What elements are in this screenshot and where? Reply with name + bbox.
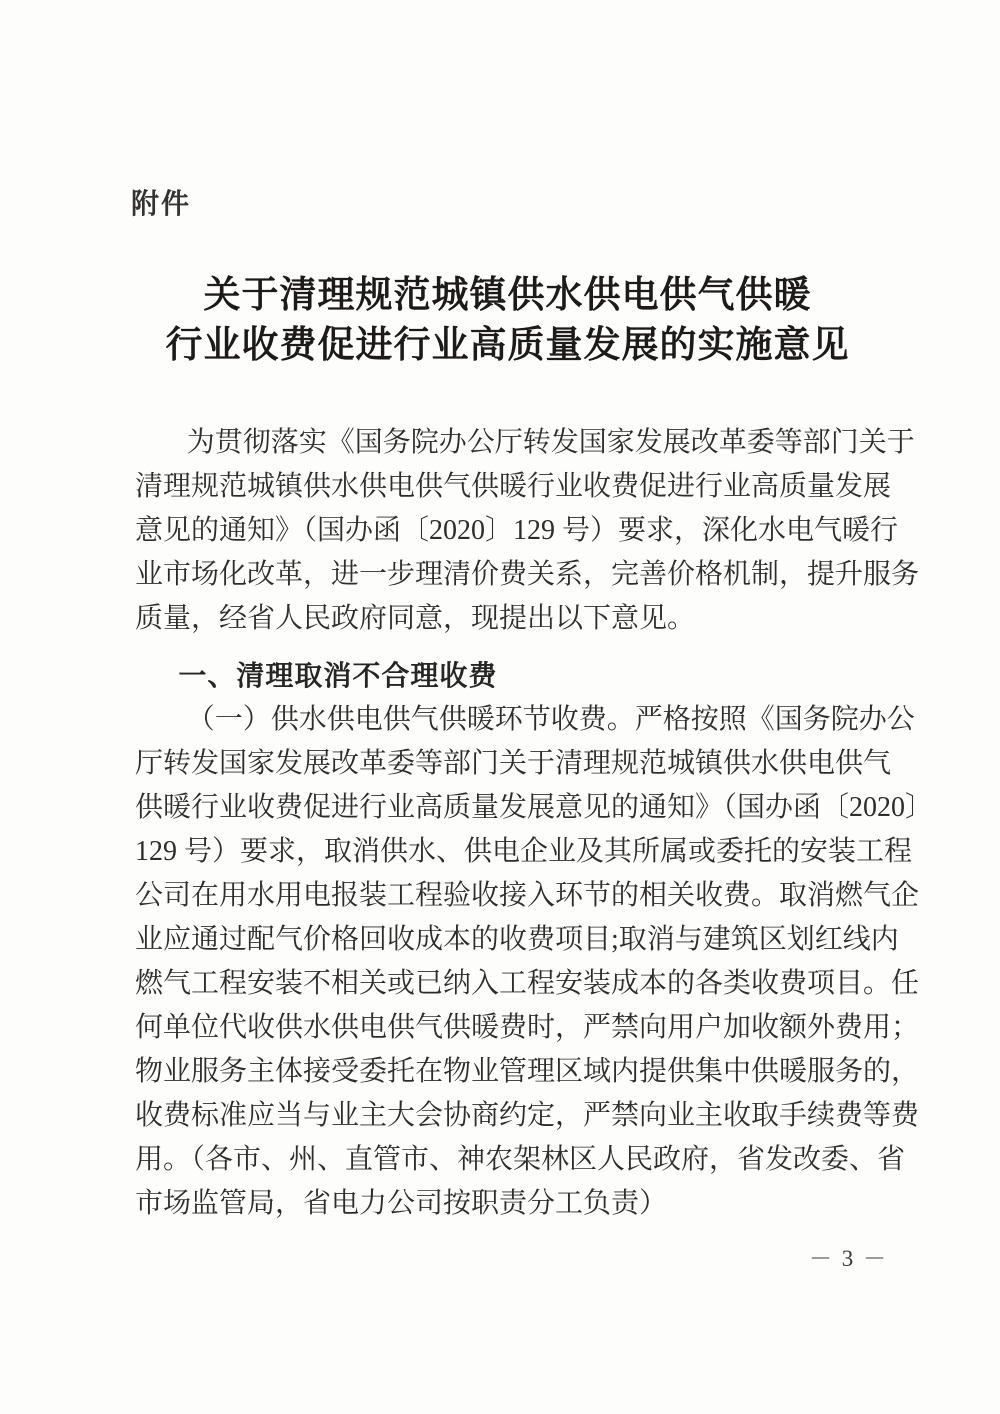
body-line: 何单位代收供水供电供气供暖费时，严禁向用户加收额外费用； (135, 1006, 881, 1050)
document-title-line-1: 关于清理规范城镇供水供电供气供暖 (135, 271, 880, 321)
body-line: 质量，经省人民政府同意，现提出以下意见。 (135, 597, 881, 641)
body-line: 供暖行业收费促进行业高质量发展意见的通知》（国办函〔2020〕 (135, 786, 881, 830)
body-line: 业应通过配气价格回收成本的收费项目;取消与建筑区划红线内 (135, 918, 881, 962)
body-line: 收费标准应当与业主大会协商约定，严禁向业主收取手续费等费 (135, 1094, 881, 1138)
body-line: 市场监管局，省电力公司按职责分工负责） (135, 1182, 881, 1226)
body-line: 公司在用水用电报装工程验收接入环节的相关收费。取消燃气企 (135, 874, 881, 918)
document-page: 附件 关于清理规范城镇供水供电供气供暖 行业收费促进行业高质量发展的实施意见 为… (0, 0, 1000, 1414)
body-line: （一）供水供电供气供暖环节收费。严格按照《国务院办公 (135, 698, 881, 742)
body-line: 燃气工程安装不相关或已纳入工程安装成本的各类收费项目。任 (135, 962, 881, 1006)
document-title-line-2: 行业收费促进行业高质量发展的实施意见 (135, 321, 880, 371)
document-body: 为贯彻落实《国务院办公厅转发国家发展改革委等部门关于 清理规范城镇供水供电供气供… (135, 421, 881, 1226)
page-number: － 3 － (809, 1240, 888, 1273)
body-line: 为贯彻落实《国务院办公厅转发国家发展改革委等部门关于 (135, 421, 881, 465)
body-line: 用。（各市、州、直管市、神农架林区人民政府，省发改委、省 (135, 1138, 881, 1182)
document-title: 关于清理规范城镇供水供电供气供暖 行业收费促进行业高质量发展的实施意见 (135, 271, 880, 371)
body-line: 清理规范城镇供水供电供气供暖行业收费促进行业高质量发展 (135, 465, 881, 509)
body-line: 厅转发国家发展改革委等部门关于清理规范城镇供水供电供气 (135, 742, 881, 786)
attachment-label: 附件 (131, 182, 191, 222)
body-line: 物业服务主体接受委托在物业管理区域内提供集中供暖服务的， (135, 1050, 881, 1094)
body-line: 意见的通知》（国办函〔2020〕129 号）要求，深化水电气暖行 (135, 509, 881, 553)
body-line: 业市场化改革，进一步理清价费关系，完善价格机制，提升服务 (135, 553, 881, 597)
section-heading-1: 一、清理取消不合理收费 (135, 654, 881, 698)
body-line: 129 号）要求，取消供水、供电企业及其所属或委托的安装工程 (135, 830, 881, 874)
